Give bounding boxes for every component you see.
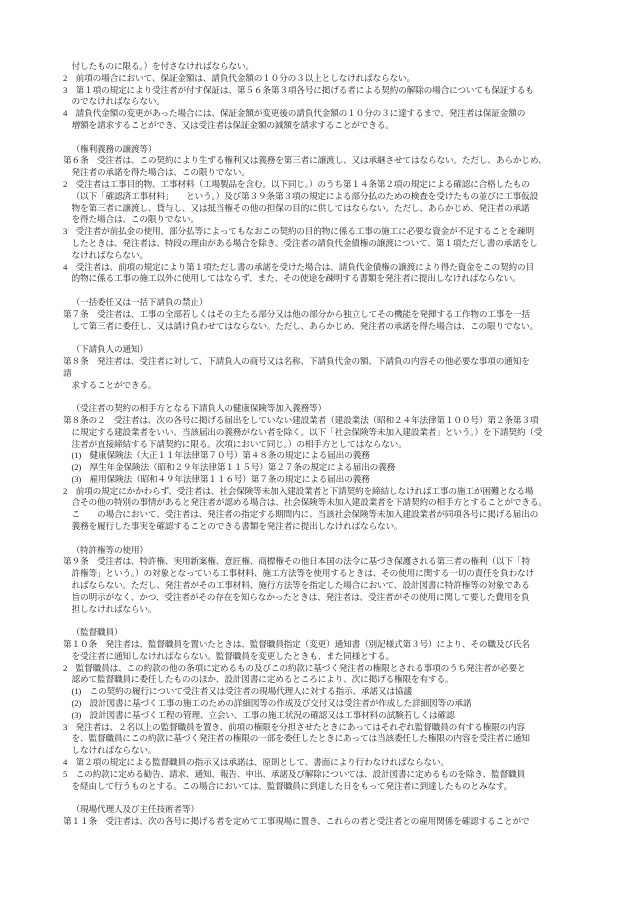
blank-line [63,285,570,297]
text-line: 第１０条 発注者は、監督職員を置いたときは、監督職員指定（変更）通知書（別記様式… [63,639,570,651]
text-line: 3 発注者は、２名以上の監督職員を置き、前項の権限を分担させたときにあってはそれ… [63,722,570,734]
text-line: 付したものに限る。）を付さなければならない。 [63,61,570,73]
blank-line [63,391,570,403]
text-line: こ の場合において、受注者は、発注者の指定する期間内に、当該社会保険等未加入建設… [63,509,570,521]
text-line: 担しなければならい。 [63,604,570,616]
text-line: に規定する建設業者をいい、当該届出の義務がない者を除く。以下「社会保険等未加入建… [63,427,570,439]
text-line: 第７条 受注者は、工事の全部若しくはその主たる部分又は他の部分から独立してその機… [63,309,570,321]
text-line: 2 前項の規定にかかわらず、受注者は、社会保険等未加入建設業者と下請契約を締結し… [63,486,570,498]
text-line: 4 第２項の規定による監督職員の指示又は承諾は、原則として、書面により行わなけれ… [63,757,570,769]
text-line: 的物に係る工事の施工以外に使用してはならず、また、その使途を疎明する書類を発注者… [63,273,570,285]
text-line: (3) 雇用保険法（昭和４９年法律第１１６号）第７条の規定による届出の義務 [63,474,570,486]
document-page: 付したものに限る。）を付さなければならない。2 前項の場合において、保証金額は、… [0,0,630,903]
text-line: (1) この契約の履行について受注者又は受注者の現場代理人に対する指示、承諾又は… [63,686,570,698]
text-line: （一括委任又は一括下請負の禁止） [63,297,570,309]
text-line: したときは、発注者は、特段の理由がある場合を除き、受注者の請負代金債権の譲渡につ… [63,238,570,250]
text-line: 認めて監督職員に委任したもののほか、設計図書に定めるところにより、次に掲げる権限… [63,674,570,686]
text-line: 物を第三者に譲渡し、貸与し、又は抵当権その他の担保の目的に供してはならない。ただ… [63,203,570,215]
text-line: 3 受注者が前払金の使用、部分払等によってもなおこの契約の目的物に係る工事の施工… [63,226,570,238]
text-line: して第三者に委任し、又は請け負わせてはならない。ただし、あらかじめ、発注者の承諾… [63,321,570,333]
text-line: （下請負人の通知） [63,344,570,356]
text-line: 3 第１項の規定により受注者が付す保証は、第５６条第３項各号に掲げる者による契約… [63,85,570,97]
text-line: 義務を履行した事実を確認することのできる書類を発注者に提出しなければならない。 [63,521,570,533]
text-line: 5 この約款に定める勧告、請求、通知、報告、申出、承諾及び解除については、設計図… [63,769,570,781]
text-line: しなければならない。 [63,745,570,757]
text-line: 請 [63,368,570,380]
text-line: ればならない。ただし、発注者がその工事材料、施行方法等を指定した場合において、設… [63,580,570,592]
text-line: を経由して行うものとする。この場合においては、監督職員に到達した日をもって発注者… [63,781,570,793]
text-line: (2) 設計図書に基づく工事の施工のための詳細図等の作成及び交付又は受注者が作成… [63,698,570,710]
text-line: (1) 健康保険法（大正１１年法律第７０号）第４８条の規定による届出の義務 [63,450,570,462]
text-line: を受注者に通知しなければならない。監督職員を変更したときも、また同様とする。 [63,651,570,663]
blank-line [63,132,570,144]
text-line: 第８条 発注者は、受注者に対して、下請負人の商号又は名称、下請負代金の額、下請負… [63,356,570,368]
text-line: 第１１条 受注者は、次の各号に掲げる者を定めて工事現場に置き、これらの者と受注者… [63,816,570,828]
text-line: 合その他の特別の事情があると発注者が認める場合は、社会保険等未加入建設業者を下請… [63,497,570,509]
text-line: のでなければならない。 [63,96,570,108]
text-line: 第８条の２ 受注者は、次の各号に掲げる届出をしていない建設業者（建設業法（昭和２… [63,415,570,427]
text-line: 第６条 受注者は、この契約により生ずる権利又は義務を第三者に譲渡し、又は承継させ… [63,155,570,167]
text-line: 発注者の承諾を得た場合は、この限りでない。 [63,167,570,179]
text-line: （監督職員） [63,627,570,639]
blank-line [63,332,570,344]
text-line: (3) 設計図書に基づく工程の管理、立会い、工事の施工状況の確認又は工事材料の試… [63,710,570,722]
text-line: 第９条 受注者は、特許権、実用新案権、意匠権、商標権その他日本国の法令に基づき保… [63,556,570,568]
text-line: 4 請負代金額の変更があった場合には、保証金額が変更後の請負代金額の１０分の３に… [63,108,570,120]
text-line: 2 受注者は工事目的物、工事材料（工場製品を含む。以下同じ。）のうち第１４条第２… [63,179,570,191]
text-line: 2 前項の場合において、保証金額は、請負代金額の１０分の３以上としなければならな… [63,73,570,85]
text-line: （権利義務の譲渡等） [63,144,570,156]
text-line: (2) 厚生年金保険法（昭和２９年法律第１１５号）第２７条の規定による届出の義務 [63,462,570,474]
text-line: 4 受注者は、前項の規定により第１項ただし書の承諾を受けた場合は、請負代金債権の… [63,262,570,274]
blank-line [63,533,570,545]
text-line: を、監督職員にこの約款に基づく発注者の権限の一部を委任したときにあっては当該委任… [63,733,570,745]
text-line: 旨の明示がなく、かつ、受注者がその存在を知らなかったときは、発注者は、受注者がそ… [63,592,570,604]
text-line: 増額を請求することができ、又は受注者は保証金額の減額を請求することができる。 [63,120,570,132]
text-line: なければならない。 [63,250,570,262]
blank-line [63,792,570,804]
text-line: （特許権等の使用） [63,545,570,557]
text-line: 注者が直接締結する下請契約に限る。次項において同じ。）の相手方としてはならない。 [63,439,570,451]
text-line: 2 監督職員は、この約款の他の条項に定めるもの及びこの約款に基づく発注者の権限と… [63,663,570,675]
text-line: を得た場合は、この限りでない。 [63,214,570,226]
text-line: 許権等」という。）の対象となっている工事材料、施工方法等を使用するときは、その使… [63,568,570,580]
text-line: 求することができる。 [63,380,570,392]
blank-line [63,615,570,627]
text-line: （以下「確認済工事材料」 という。）及び第３９条第３項の規定による部分払のための… [63,191,570,203]
text-line: （受注者の契約の相手方となる下請負人の健康保険等加入義務等） [63,403,570,415]
document-body: 付したものに限る。）を付さなければならない。2 前項の場合において、保証金額は、… [63,61,570,828]
text-line: （現場代理人及び主任技術者等） [63,804,570,816]
